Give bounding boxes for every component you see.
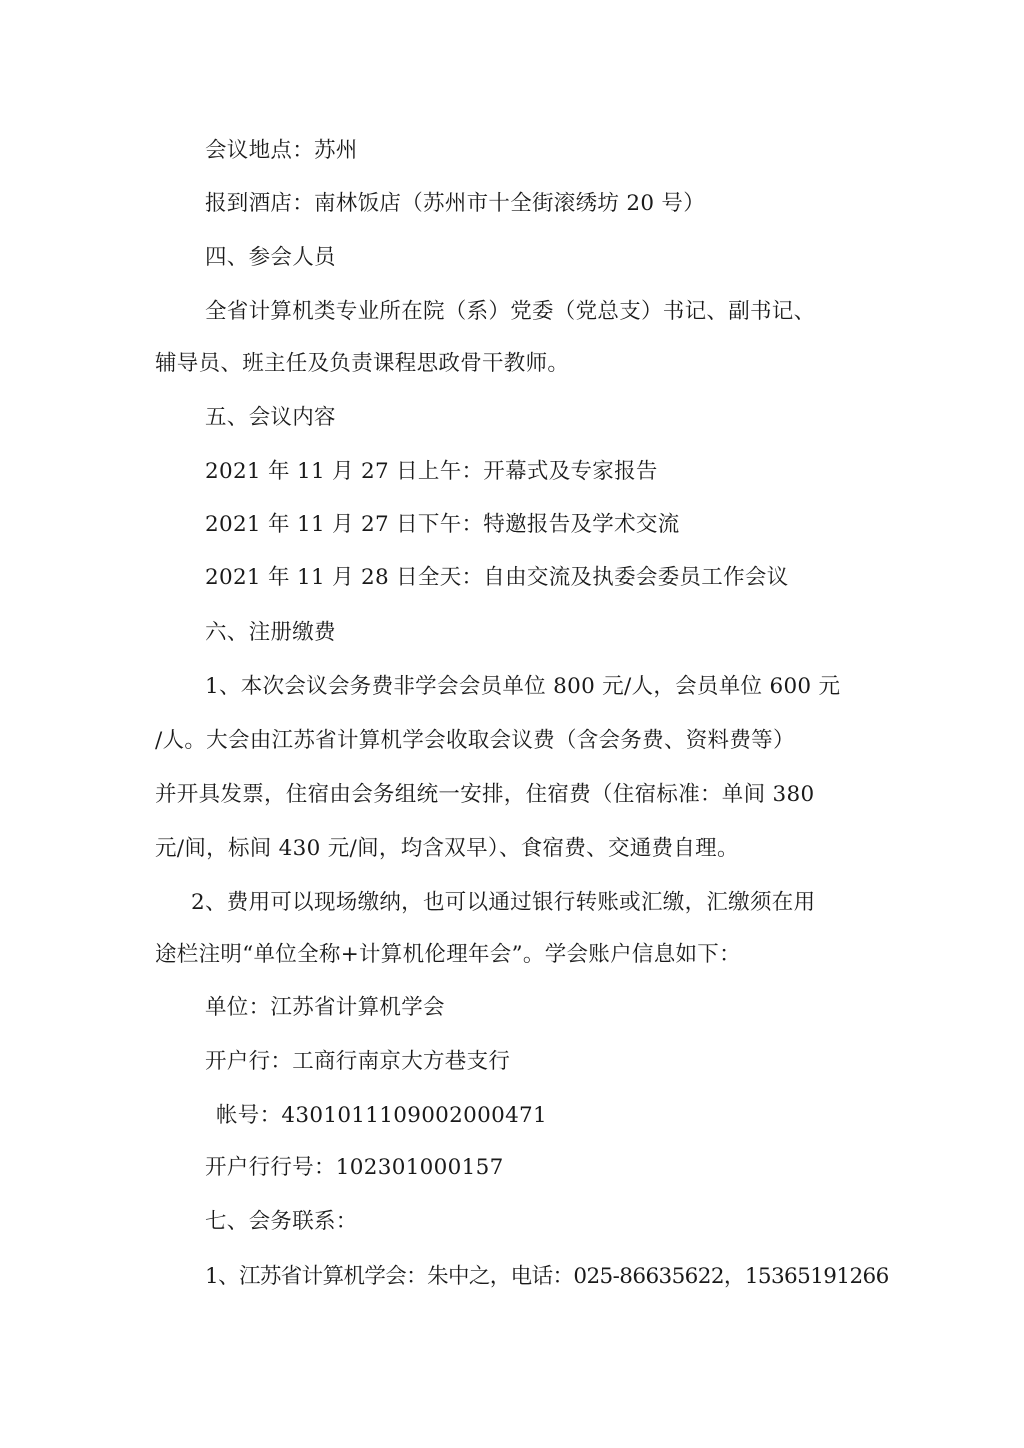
document-page: 会议地点：苏州 报到酒店：南林饭店（苏州市十全街滚绣坊 20 号） 四、参会人员… xyxy=(0,0,1024,1448)
section-heading-attendees: 四、参会人员 xyxy=(205,243,336,273)
fee-paragraph-1-line-1: 1、本次会议会务费非学会会员单位 800 元/人，会员单位 600 元 xyxy=(205,672,840,702)
contact-line-1: 1、江苏省计算机学会：朱中之，电话：025-86635622，153651912… xyxy=(205,1262,889,1292)
fee-paragraph-1-line-4: 元/间，标间 430 元/间，均含双早）、食宿费、交通费自理。 xyxy=(155,834,739,864)
attendees-paragraph-line-1: 全省计算机类专业所在院（系）党委（党总支）书记、副书记、 xyxy=(205,297,815,327)
hotel-line: 报到酒店：南林饭店（苏州市十全街滚绣坊 20 号） xyxy=(205,189,705,219)
account-bank: 开户行：工商行南京大方巷支行 xyxy=(205,1047,510,1077)
section-heading-registration: 六、注册缴费 xyxy=(205,618,336,648)
account-bank-code: 开户行行号：102301000157 xyxy=(205,1153,504,1183)
venue-line: 会议地点：苏州 xyxy=(205,136,358,166)
fee-paragraph-2-line-1: 2、费用可以现场缴纳，也可以通过银行转账或汇缴，汇缴须在用 xyxy=(191,888,815,918)
section-heading-content: 五、会议内容 xyxy=(205,403,336,433)
account-unit: 单位：江苏省计算机学会 xyxy=(205,993,445,1023)
account-number: 帐号：4301011109002000471 xyxy=(216,1101,547,1131)
schedule-item-1: 2021 年 11 月 27 日上午：开幕式及专家报告 xyxy=(205,457,658,487)
section-heading-contact: 七、会务联系： xyxy=(205,1207,358,1237)
fee-paragraph-2-line-2: 途栏注明“单位全称+计算机伦理年会”。学会账户信息如下： xyxy=(155,940,741,970)
attendees-paragraph-line-2: 辅导员、班主任及负责课程思政骨干教师。 xyxy=(155,349,569,379)
schedule-item-3: 2021 年 11 月 28 日全天：自由交流及执委会委员工作会议 xyxy=(205,563,789,593)
fee-paragraph-1-line-2: /人。大会由江苏省计算机学会收取会议费（含会务费、资料费等） xyxy=(155,726,795,756)
fee-paragraph-1-line-3: 并开具发票，住宿由会务组统一安排，住宿费（住宿标准：单间 380 xyxy=(155,780,814,810)
schedule-item-2: 2021 年 11 月 27 日下午：特邀报告及学术交流 xyxy=(205,510,680,540)
